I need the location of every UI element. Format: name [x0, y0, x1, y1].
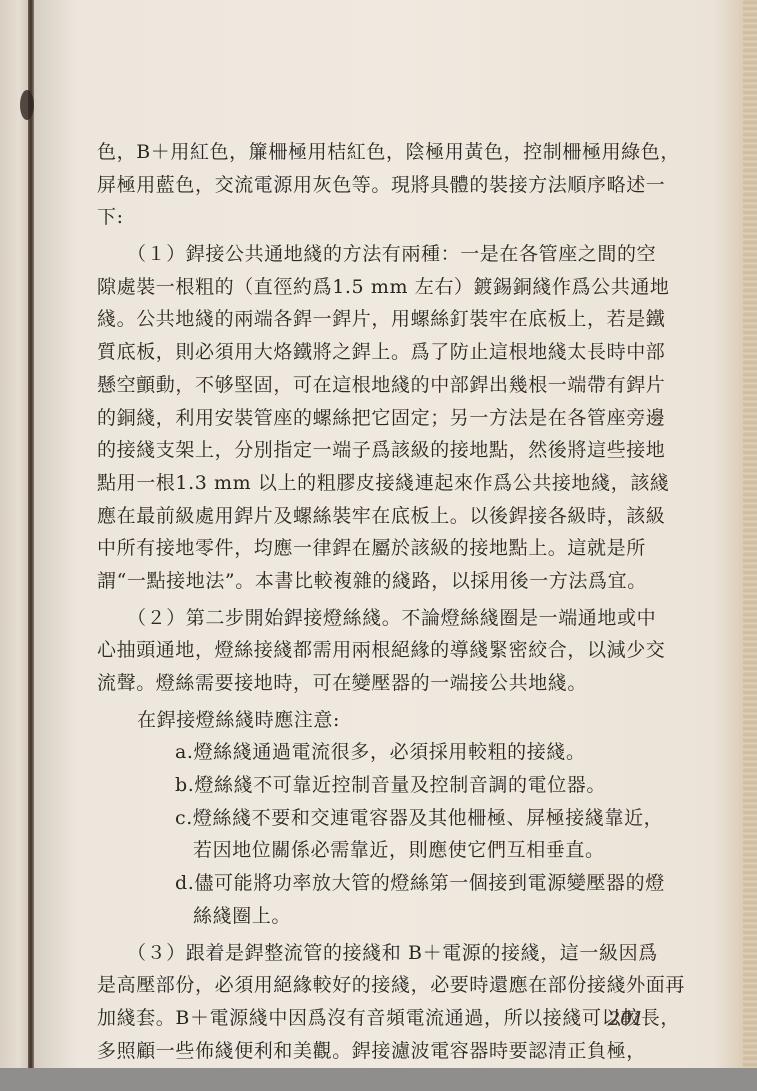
text-line: 謂“一點接地法”。本書比較複雜的綫路，以採用後一方法爲宜。	[97, 565, 667, 598]
text-line: 綫。公共地綫的兩端各銲一銲片，用螺絲釘裝牢在底板上，若是鐵	[97, 303, 667, 336]
note-item-a: a.燈絲綫通過電流很多，必須採用較粗的接綫。	[97, 736, 667, 769]
note-item-c-continued: 若因地位關係必需靠近，則應使它們互相垂直。	[97, 834, 667, 867]
page-number: 201	[608, 1008, 644, 1030]
text-line: 點用一根1.3 mm 以上的粗膠皮接綫連起來作爲公共接地綫，該綫	[97, 467, 667, 500]
binding-stain	[20, 90, 34, 120]
text-line: 多照顧一些佈綫便利和美觀。銲接濾波電容器時要認清正負極，	[97, 1035, 667, 1068]
text-line: 是高壓部份，必須用絕緣較好的接綫，必要時還應在部份接綫外面再	[97, 969, 667, 1002]
page-body-text: 色，B＋用紅色，簾柵極用桔紅色，陰極用黃色，控制柵極用綠色， 屏極用藍色，交流電…	[97, 136, 667, 1067]
note-item-d-continued: 絲綫圈上。	[97, 900, 667, 933]
text-line: 隙處裝一根粗的（直徑約爲1.5 mm 左右）鍍錫銅綫作爲公共通地	[97, 271, 667, 304]
text-line: 的銅綫，利用安裝管座的螺絲把它固定；另一方法是在各管座旁邊	[97, 402, 667, 435]
note-item-c: c.燈絲綫不要和交連電容器及其他柵極、屏極接綫靠近，	[97, 802, 667, 835]
text-line: 心抽頭通地，燈絲接綫都需用兩根絕緣的導綫緊密絞合，以減少交	[97, 634, 667, 667]
text-line: 中所有接地零件，均應一律銲在屬於該級的接地點上。這就是所	[97, 532, 667, 565]
note-item-b: b.燈絲綫不可靠近控制音量及控制音調的電位器。	[97, 769, 667, 802]
section-2-heading-line: （２）第二步開始銲接燈絲綫。不論燈絲綫圈是一端通地或中	[97, 602, 667, 635]
scanner-background	[0, 1068, 757, 1091]
text-line: 加綫套。B＋電源綫中因爲沒有音頻電流通過，所以接綫可以較長，	[97, 1002, 667, 1035]
text-line: 流聲。燈絲需要接地時，可在變壓器的一端接公共地綫。	[97, 667, 667, 700]
text-line: 質底板，則必須用大烙鐵將之銲上。爲了防止這根地綫太長時中部	[97, 336, 667, 369]
section-3-heading-line: （３）跟着是銲整流管的接綫和 B＋電源的接綫，這一級因爲	[97, 937, 667, 970]
notes-intro: 在銲接燈絲綫時應注意:	[97, 704, 667, 737]
page-stack-edge	[743, 0, 757, 1068]
text-line: 的接綫支架上，分別指定一端子爲該級的接地點，然後將這些接地	[97, 434, 667, 467]
text-line: 懸空顫動，不够堅固，可在這根地綫的中部銲出幾根一端帶有銲片	[97, 369, 667, 402]
text-line: 屏極用藍色，交流電源用灰色等。現將具體的裝接方法順序略述一	[97, 169, 667, 202]
section-1-heading-line: （１）銲接公共通地綫的方法有兩種：一是在各管座之間的空	[97, 238, 667, 271]
note-item-d: d.儘可能將功率放大管的燈絲第一個接到電源變壓器的燈	[97, 867, 667, 900]
text-line: 色，B＋用紅色，簾柵極用桔紅色，陰極用黃色，控制柵極用綠色，	[97, 136, 667, 169]
text-line: 應在最前級處用銲片及螺絲裝牢在底板上。以後銲接各級時，該級	[97, 500, 667, 533]
text-line: 下:	[97, 201, 667, 234]
